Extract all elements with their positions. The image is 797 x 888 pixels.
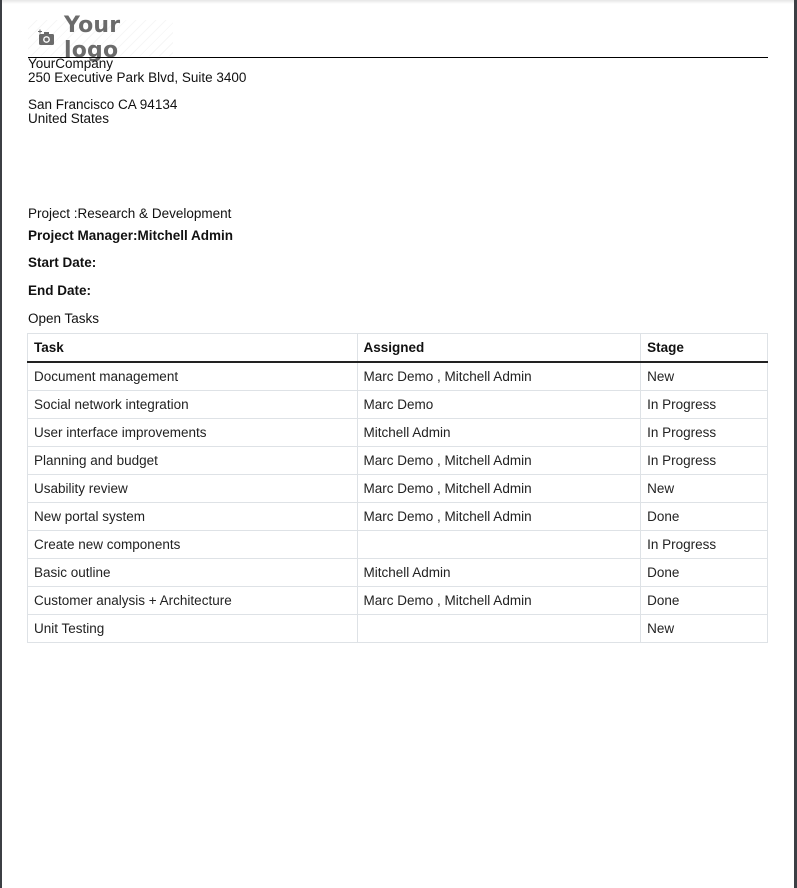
column-header-task: Task	[28, 334, 358, 363]
column-header-assigned: Assigned	[357, 334, 641, 363]
assigned-cell: Mitchell Admin	[357, 419, 641, 447]
start-date-line: Start Date:	[28, 255, 96, 270]
company-street: 250 Executive Park Blvd, Suite 3400	[28, 71, 246, 85]
project-name-line: Project :Research & Development	[28, 206, 231, 221]
table-row: Unit TestingNew	[28, 615, 768, 643]
open-tasks-title: Open Tasks	[28, 311, 99, 326]
assigned-cell	[357, 615, 641, 643]
company-logo: Your logo	[28, 20, 173, 56]
assigned-cell: Mitchell Admin	[357, 559, 641, 587]
task-cell: User interface improvements	[28, 419, 358, 447]
task-cell: Customer analysis + Architecture	[28, 587, 358, 615]
stage-cell: Done	[641, 559, 768, 587]
table-row: New portal systemMarc Demo , Mitchell Ad…	[28, 503, 768, 531]
stage-cell: Done	[641, 587, 768, 615]
task-cell: Basic outline	[28, 559, 358, 587]
assigned-cell	[357, 531, 641, 559]
stage-cell: In Progress	[641, 447, 768, 475]
company-city: San Francisco CA 94134	[28, 98, 246, 112]
manager-label: Project Manager:	[28, 228, 138, 243]
column-header-stage: Stage	[641, 334, 768, 363]
table-row: Document managementMarc Demo , Mitchell …	[28, 362, 768, 391]
table-row: Create new componentsIn Progress	[28, 531, 768, 559]
project-manager-line: Project Manager:Mitchell Admin	[28, 228, 233, 243]
stage-cell: In Progress	[641, 531, 768, 559]
company-country: United States	[28, 112, 246, 126]
task-cell: Create new components	[28, 531, 358, 559]
stage-cell: In Progress	[641, 391, 768, 419]
company-name: YourCompany	[28, 57, 246, 71]
table-row: Customer analysis + ArchitectureMarc Dem…	[28, 587, 768, 615]
assigned-cell: Marc Demo	[357, 391, 641, 419]
task-cell: Unit Testing	[28, 615, 358, 643]
project-value: Research & Development	[78, 206, 232, 221]
task-cell: Usability review	[28, 475, 358, 503]
manager-value: Mitchell Admin	[138, 228, 234, 243]
task-cell: Document management	[28, 362, 358, 391]
project-label: Project :	[28, 206, 78, 221]
table-row: Usability reviewMarc Demo , Mitchell Adm…	[28, 475, 768, 503]
end-date-label: End Date:	[28, 283, 91, 298]
table-row: Basic outlineMitchell AdminDone	[28, 559, 768, 587]
task-cell: New portal system	[28, 503, 358, 531]
stage-cell: Done	[641, 503, 768, 531]
stage-cell: New	[641, 475, 768, 503]
page-top-shadow	[2, 0, 794, 4]
assigned-cell: Marc Demo , Mitchell Admin	[357, 503, 641, 531]
stage-cell: New	[641, 362, 768, 391]
table-row: User interface improvementsMitchell Admi…	[28, 419, 768, 447]
task-cell: Social network integration	[28, 391, 358, 419]
end-date-line: End Date:	[28, 283, 91, 298]
table-header-row: Task Assigned Stage	[28, 334, 768, 363]
company-address: YourCompany 250 Executive Park Blvd, Sui…	[28, 57, 246, 126]
start-date-label: Start Date:	[28, 255, 96, 270]
task-cell: Planning and budget	[28, 447, 358, 475]
open-tasks-table: Task Assigned Stage Document managementM…	[27, 333, 768, 643]
assigned-cell: Marc Demo , Mitchell Admin	[357, 362, 641, 391]
table-row: Planning and budgetMarc Demo , Mitchell …	[28, 447, 768, 475]
stage-cell: In Progress	[641, 419, 768, 447]
page-edge-left	[0, 0, 2, 888]
assigned-cell: Marc Demo , Mitchell Admin	[357, 447, 641, 475]
stage-cell: New	[641, 615, 768, 643]
assigned-cell: Marc Demo , Mitchell Admin	[357, 475, 641, 503]
camera-add-icon	[36, 28, 56, 48]
assigned-cell: Marc Demo , Mitchell Admin	[357, 587, 641, 615]
table-row: Social network integrationMarc DemoIn Pr…	[28, 391, 768, 419]
